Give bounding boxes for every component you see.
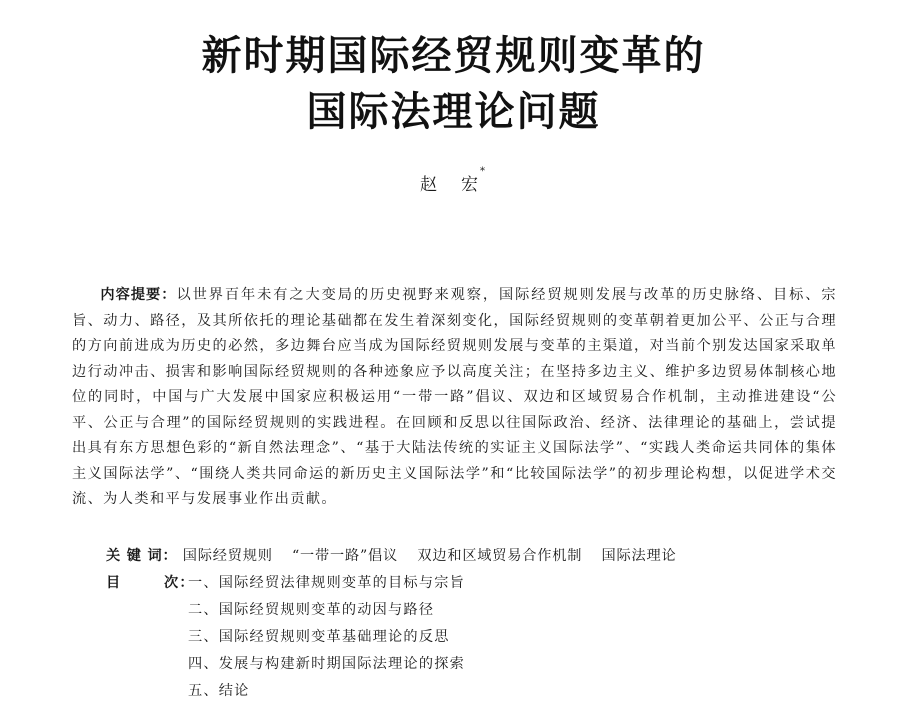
table-of-contents: 目次：一、国际经贸法律规则变革的目标与宗旨 二、国际经贸规则变革的动因与路径 三… — [106, 570, 826, 705]
author: 赵宏* — [0, 170, 907, 195]
toc-row: 三、国际经贸规则变革基础理论的反思 — [106, 624, 826, 651]
keywords-label: 关 键 词： — [106, 548, 177, 564]
toc-item[interactable]: 一、国际经贸法律规则变革的目标与宗旨 — [188, 575, 465, 591]
toc-item[interactable]: 四、发展与构建新时期国际法理论的探索 — [188, 656, 465, 672]
author-surname: 赵 — [420, 175, 439, 195]
toc-label: 目次： — [106, 570, 188, 597]
keyword-item: 双边和区域贸易合作机制 — [417, 548, 582, 564]
keywords: 关 键 词： 国际经贸规则 “一带一路”倡议 双边和区域贸易合作机制 国际法理论 — [106, 545, 826, 565]
abstract-text: 以世界百年未有之大变局的历史视野来观察，国际经贸规则发展与改革的历史脉络、目标、… — [72, 287, 837, 507]
toc-row: 目次：一、国际经贸法律规则变革的目标与宗旨 — [106, 570, 826, 597]
toc-item[interactable]: 五、结论 — [188, 683, 250, 699]
author-given-name: 宏 — [461, 175, 480, 195]
abstract-label: 内容提要： — [100, 287, 176, 303]
keyword-item: 国际经贸规则 — [183, 548, 273, 564]
toc-row: 二、国际经贸规则变革的动因与路径 — [106, 597, 826, 624]
abstract: 内容提要：以世界百年未有之大变局的历史视野来观察，国际经贸规则发展与改革的历史脉… — [72, 283, 837, 513]
toc-item[interactable]: 二、国际经贸规则变革的动因与路径 — [188, 602, 434, 618]
toc-row: 四、发展与构建新时期国际法理论的探索 — [106, 651, 826, 678]
toc-item[interactable]: 三、国际经贸规则变革基础理论的反思 — [188, 629, 450, 645]
toc-row: 五、结论 — [106, 678, 826, 705]
keyword-item: 国际法理论 — [602, 548, 677, 564]
author-footnote-mark[interactable]: * — [480, 166, 487, 177]
article-title-line-1: 新时期国际经贸规则变革的 — [0, 30, 907, 82]
article-title-line-2: 国际法理论问题 — [0, 86, 907, 138]
keyword-item: “一带一路”倡议 — [292, 548, 398, 564]
